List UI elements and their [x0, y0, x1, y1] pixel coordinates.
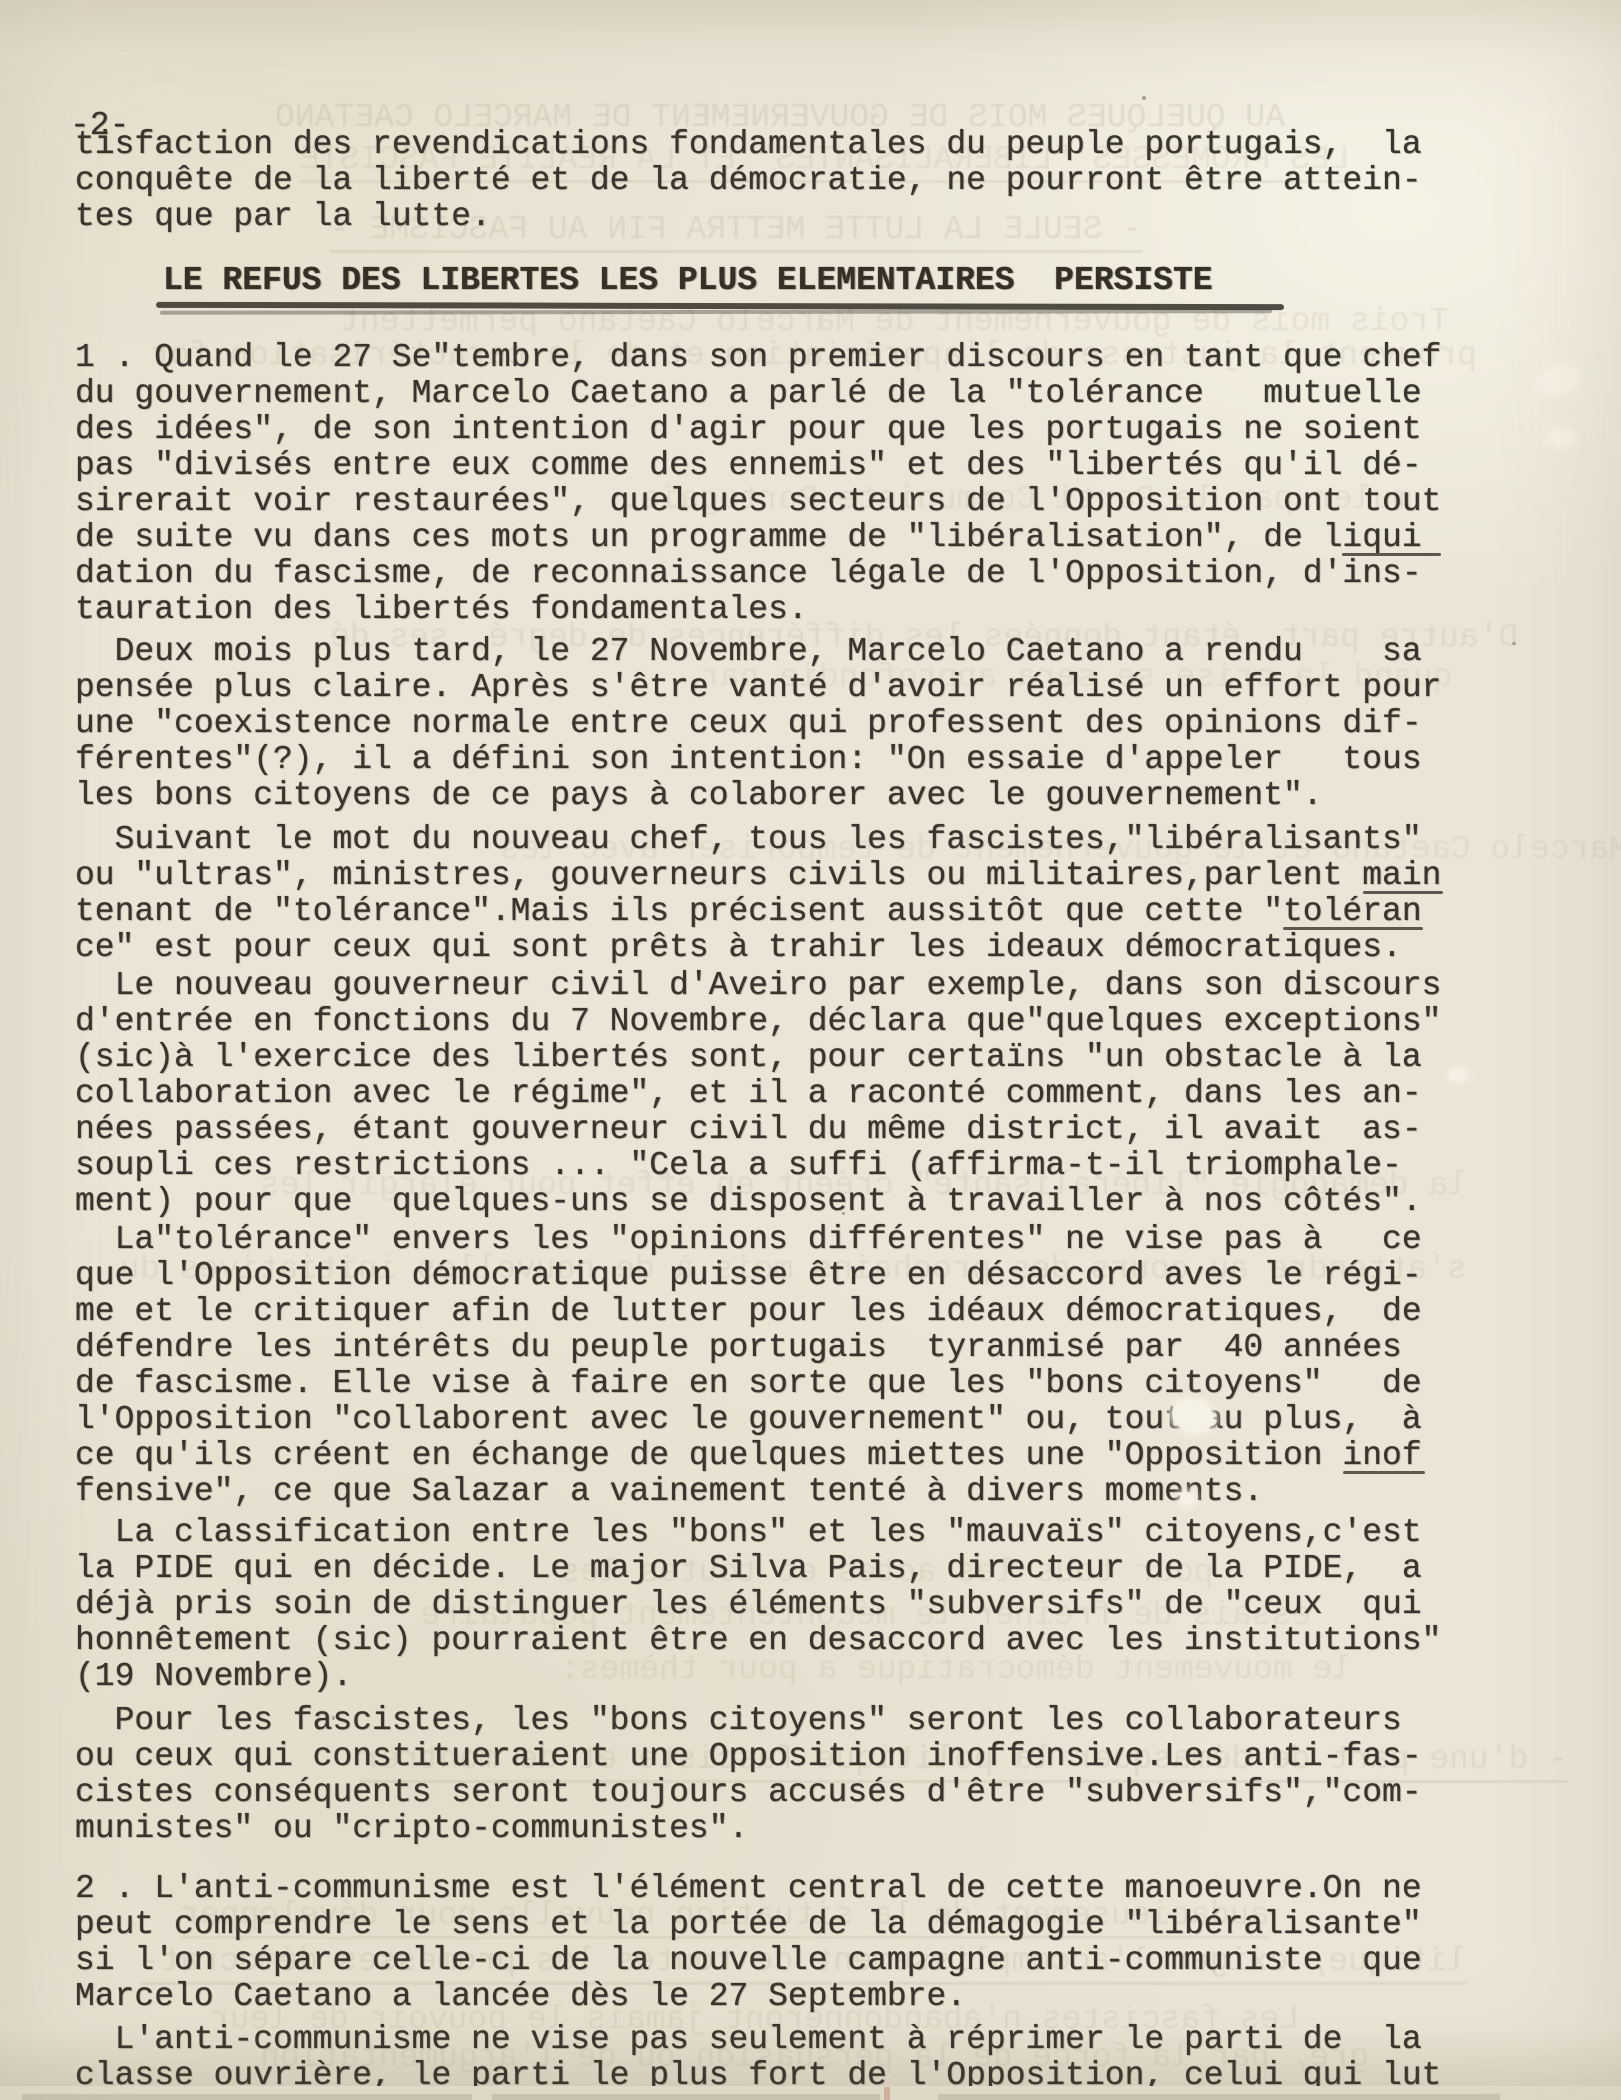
body-paragraph: La classification entre les "bons" et le… [75, 1515, 1441, 1695]
ink-speck [842, 1212, 845, 1215]
syllable-continuation-underline [1342, 553, 1441, 556]
body-paragraph: Le nouveau gouverneur civil d'Aveiro par… [75, 968, 1441, 1220]
body-paragraph: Pour les fascistes, les "bons citoyens" … [75, 1703, 1422, 1847]
ink-speck [1142, 96, 1146, 100]
paper-damage-spot [1450, 1070, 1466, 1080]
paper-damage-spot [1180, 1492, 1194, 1504]
ink-speck [332, 1716, 335, 1720]
syllable-continuation-underline [1343, 1471, 1425, 1474]
syllable-continuation-underline [1283, 927, 1423, 930]
scan-edge-shadow [938, 2094, 1500, 2100]
body-paragraph: Suivant le mot du nouveau chef, tous les… [75, 822, 1441, 966]
scan-edge-shadow [22, 2094, 472, 2100]
scan-edge-shadow [492, 2094, 880, 2100]
section-heading: LE REFUS DES LIBERTES LES PLUS ELEMENTAI… [163, 263, 1213, 299]
body-paragraph: 2 . L'anti-communisme est l'élément cent… [75, 1871, 1422, 2015]
scanned-document-page: AU QUELQUES MOIS DE GOUVERNEMENT DE MARC… [0, 0, 1621, 2100]
body-paragraph: Deux mois plus tard, le 27 Novembre, Mar… [75, 634, 1441, 814]
syllable-continuation-underline [1363, 891, 1443, 894]
body-paragraph-continuation: tisfaction des revendications fondamenta… [75, 127, 1422, 235]
scan-edge-mark [884, 2087, 890, 2100]
body-paragraph: La"tolérance" envers les "opinions diffé… [75, 1222, 1422, 1510]
body-paragraph: L'anti-communisme ne vise pas seulement … [75, 2022, 1441, 2094]
ink-speck [1512, 642, 1516, 645]
body-paragraph: 1 . Quand le 27 Se"tembre, dans son prem… [75, 340, 1441, 628]
